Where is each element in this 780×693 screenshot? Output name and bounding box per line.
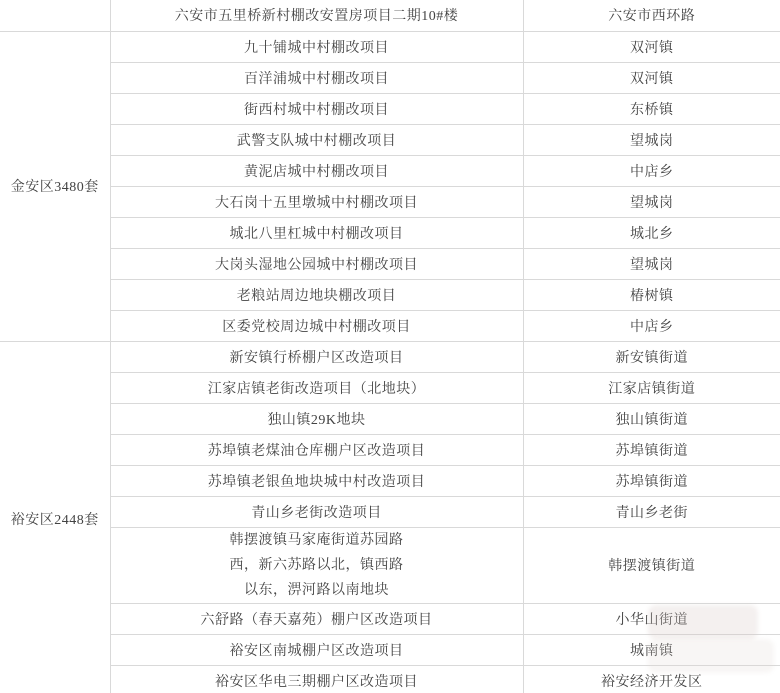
table-row: 黄泥店城中村棚改项目 中店乡 — [0, 155, 780, 186]
location-cell: 中店乡 — [523, 310, 780, 341]
project-cell: 老粮站周边地块棚改项目 — [110, 279, 523, 310]
table-row: 六安市五里桥新村棚改安置房项目二期10#楼 六安市西环路 — [0, 0, 780, 31]
location-cell: 城南镇 — [523, 634, 780, 665]
project-cell: 大石岗十五里墩城中村棚改项目 — [110, 186, 523, 217]
project-cell: 苏埠镇老银鱼地块城中村改造项目 — [110, 465, 523, 496]
location-cell: 中店乡 — [523, 155, 780, 186]
table-row: 金安区3480套 九十铺城中村棚改项目 双河镇 — [0, 31, 780, 62]
table-row: 苏埠镇老煤油仓库棚户区改造项目 苏埠镇街道 — [0, 434, 780, 465]
table-row: 独山镇29K地块 独山镇街道 — [0, 403, 780, 434]
location-cell: 青山乡老街 — [523, 496, 780, 527]
project-cell: 大岗头湿地公园城中村棚改项目 — [110, 248, 523, 279]
shantytown-projects-table: 六安市五里桥新村棚改安置房项目二期10#楼 六安市西环路 金安区3480套 九十… — [0, 0, 780, 693]
table-row: 大石岗十五里墩城中村棚改项目 望城岗 — [0, 186, 780, 217]
table-row: 青山乡老街改造项目 青山乡老街 — [0, 496, 780, 527]
project-cell: 六安市五里桥新村棚改安置房项目二期10#楼 — [110, 0, 523, 31]
project-cell: 百洋浦城中村棚改项目 — [110, 62, 523, 93]
table-row: 武警支队城中村棚改项目 望城岗 — [0, 124, 780, 155]
project-cell: 苏埠镇老煤油仓库棚户区改造项目 — [110, 434, 523, 465]
project-cell: 江家店镇老街改造项目（北地块） — [110, 372, 523, 403]
location-cell: 裕安经济开发区 — [523, 665, 780, 693]
table-row: 裕安区南城棚户区改造项目 城南镇 — [0, 634, 780, 665]
project-cell: 区委党校周边城中村棚改项目 — [110, 310, 523, 341]
district-cell: 裕安区2448套 — [0, 341, 110, 693]
district-cell: 金安区3480套 — [0, 31, 110, 341]
project-cell: 黄泥店城中村棚改项目 — [110, 155, 523, 186]
location-cell: 苏埠镇街道 — [523, 434, 780, 465]
location-cell: 六安市西环路 — [523, 0, 780, 31]
location-cell: 双河镇 — [523, 31, 780, 62]
table-row: 老粮站周边地块棚改项目 椿树镇 — [0, 279, 780, 310]
location-cell: 东桥镇 — [523, 93, 780, 124]
project-cell: 九十铺城中村棚改项目 — [110, 31, 523, 62]
table-row: 大岗头湿地公园城中村棚改项目 望城岗 — [0, 248, 780, 279]
location-cell: 新安镇街道 — [523, 341, 780, 372]
location-cell: 韩摆渡镇街道 — [523, 527, 780, 603]
project-cell: 韩摆渡镇马家庵街道苏园路西，新六苏路以北，镇西路以东，淠河路以南地块 — [110, 527, 523, 603]
project-cell: 六舒路（春天嘉苑）棚户区改造项目 — [110, 603, 523, 634]
project-cell: 新安镇行桥棚户区改造项目 — [110, 341, 523, 372]
table-row: 街西村城中村棚改项目 东桥镇 — [0, 93, 780, 124]
project-multiline-text: 韩摆渡镇马家庵街道苏园路西，新六苏路以北，镇西路以东，淠河路以南地块 — [229, 528, 405, 603]
project-cell: 街西村城中村棚改项目 — [110, 93, 523, 124]
project-cell: 裕安区南城棚户区改造项目 — [110, 634, 523, 665]
table-row: 裕安区华电三期棚户区改造项目 裕安经济开发区 — [0, 665, 780, 693]
project-cell: 武警支队城中村棚改项目 — [110, 124, 523, 155]
location-cell: 望城岗 — [523, 248, 780, 279]
location-cell: 小华山街道 — [523, 603, 780, 634]
location-cell: 望城岗 — [523, 124, 780, 155]
table-row: 城北八里杠城中村棚改项目 城北乡 — [0, 217, 780, 248]
project-cell: 裕安区华电三期棚户区改造项目 — [110, 665, 523, 693]
project-cell: 青山乡老街改造项目 — [110, 496, 523, 527]
table-row: 韩摆渡镇马家庵街道苏园路西，新六苏路以北，镇西路以东，淠河路以南地块 韩摆渡镇街… — [0, 527, 780, 603]
table-row: 六舒路（春天嘉苑）棚户区改造项目 小华山街道 — [0, 603, 780, 634]
location-cell: 双河镇 — [523, 62, 780, 93]
table-row: 区委党校周边城中村棚改项目 中店乡 — [0, 310, 780, 341]
table-row: 江家店镇老街改造项目（北地块） 江家店镇街道 — [0, 372, 780, 403]
location-cell: 苏埠镇街道 — [523, 465, 780, 496]
district-cell — [0, 0, 110, 31]
location-cell: 椿树镇 — [523, 279, 780, 310]
location-cell: 城北乡 — [523, 217, 780, 248]
location-cell: 望城岗 — [523, 186, 780, 217]
location-cell: 独山镇街道 — [523, 403, 780, 434]
table-row: 裕安区2448套 新安镇行桥棚户区改造项目 新安镇街道 — [0, 341, 780, 372]
project-cell: 城北八里杠城中村棚改项目 — [110, 217, 523, 248]
location-cell: 江家店镇街道 — [523, 372, 780, 403]
project-cell: 独山镇29K地块 — [110, 403, 523, 434]
table-row: 苏埠镇老银鱼地块城中村改造项目 苏埠镇街道 — [0, 465, 780, 496]
table-row: 百洋浦城中村棚改项目 双河镇 — [0, 62, 780, 93]
